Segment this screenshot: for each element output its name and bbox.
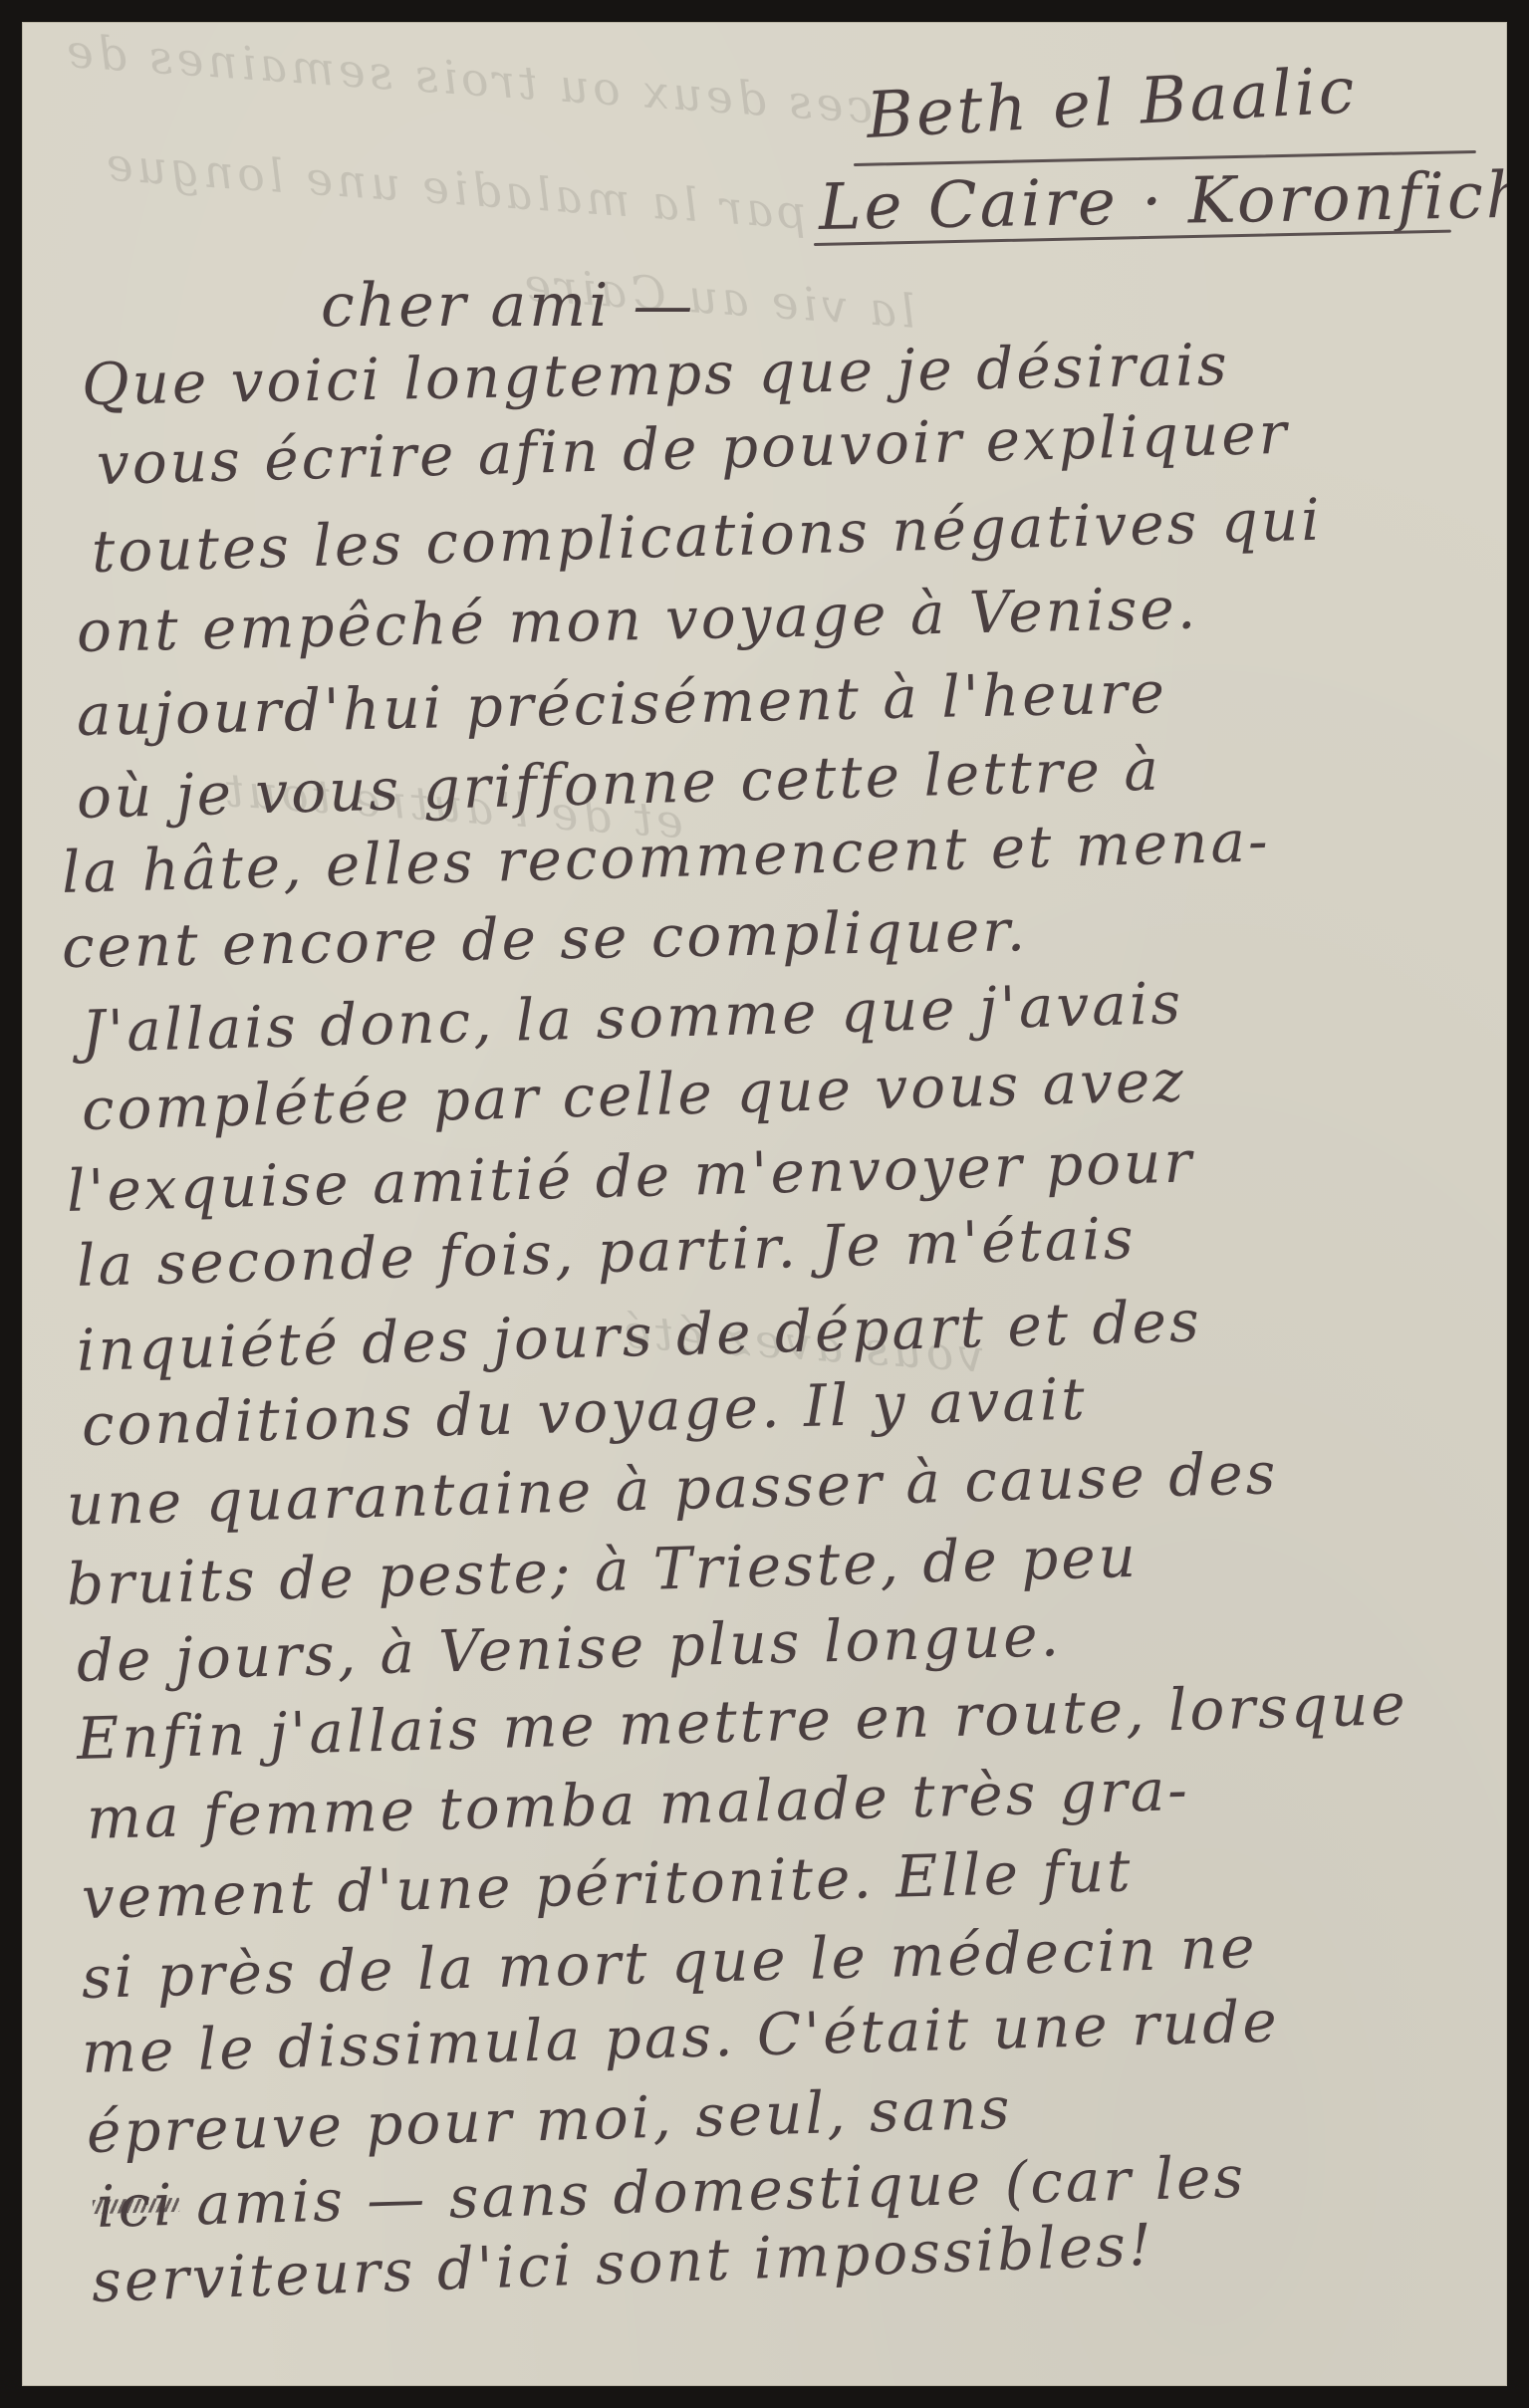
- letter-line: de jours, à Venise plus longue.: [76, 1601, 1063, 1695]
- bleed-through-text: ces deux ou trois semaines de: [61, 24, 875, 134]
- letter-line: vement d'une péritonite. Elle fut: [81, 1836, 1134, 1932]
- letterhead-place: Beth el Baalic: [865, 54, 1359, 153]
- letter-line: ont empêché mon voyage à Venise.: [76, 574, 1199, 665]
- scan-background: ces deux ou trois semaines de par la mal…: [0, 0, 1529, 2408]
- letter-line: aujourd'hui précisément à l'heure: [76, 658, 1167, 749]
- letter-line: toutes les complications négatives qui: [91, 486, 1323, 586]
- bleed-through-text: par la maladie une longue: [101, 136, 809, 239]
- salutation: cher ami —: [321, 271, 695, 341]
- letter-line: cent encore de se compliquer.: [61, 896, 1028, 981]
- letter-page: ces deux ou trois semaines de par la mal…: [22, 22, 1507, 2386]
- struck-word: ici: [96, 2171, 175, 2241]
- letter-line: ma femme tomba malade très gra-: [86, 1756, 1191, 1852]
